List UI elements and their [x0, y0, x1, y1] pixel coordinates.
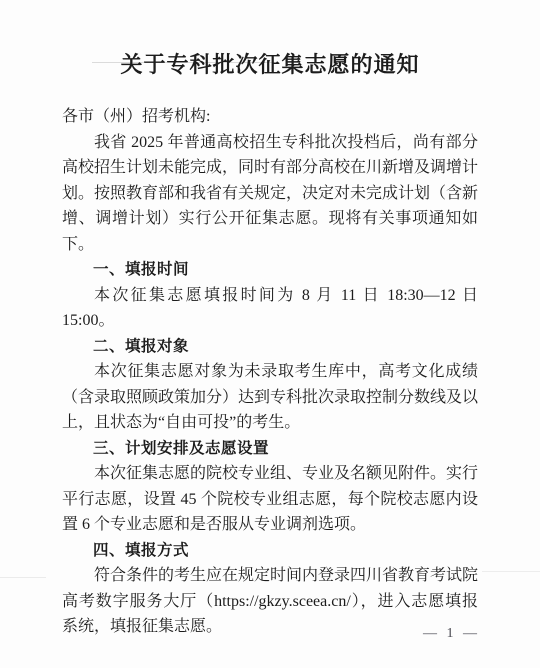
salutation: 各市（州）招考机构: — [62, 104, 478, 130]
section-heading-filing-time: 一、填报时间 — [62, 257, 478, 283]
section-heading-plan-settings: 三、计划安排及志愿设置 — [62, 436, 478, 462]
section-heading-filing-targets: 二、填报对象 — [62, 334, 478, 360]
section-body-filing-targets: 本次征集志愿对象为未录取考生库中，高考文化成绩（含录取照顾政策加分）达到专科批次… — [62, 359, 478, 436]
section-body-filing-time: 本次征集志愿填报时间为 8 月 11 日 18:30—12 日 15:00。 — [62, 283, 478, 334]
scan-artifact-line — [0, 577, 46, 578]
scan-artifact-line — [482, 571, 540, 572]
section-heading-filing-method: 四、填报方式 — [62, 538, 478, 564]
section-body-plan-settings: 本次征集志愿的院校专业组、专业及名额见附件。实行平行志愿，设置 45 个院校专业… — [62, 461, 478, 538]
document-body: 各市（州）招考机构: 我省 2025 年普通高校招生专科批次投档后，尚有部分高校… — [62, 104, 478, 640]
notice-document-page: 关于专科批次征集志愿的通知 各市（州）招考机构: 我省 2025 年普通高校招生… — [0, 0, 540, 668]
document-title: 关于专科批次征集志愿的通知 — [0, 0, 540, 80]
intro-paragraph: 我省 2025 年普通高校招生专科批次投档后，尚有部分高校招生计划未能完成，同时… — [62, 130, 478, 258]
section-body-filing-method: 符合条件的考生应在规定时间内登录四川省教育考试院高考数字服务大厅（https:/… — [62, 563, 478, 640]
page-number: — 1 — — [423, 626, 480, 642]
